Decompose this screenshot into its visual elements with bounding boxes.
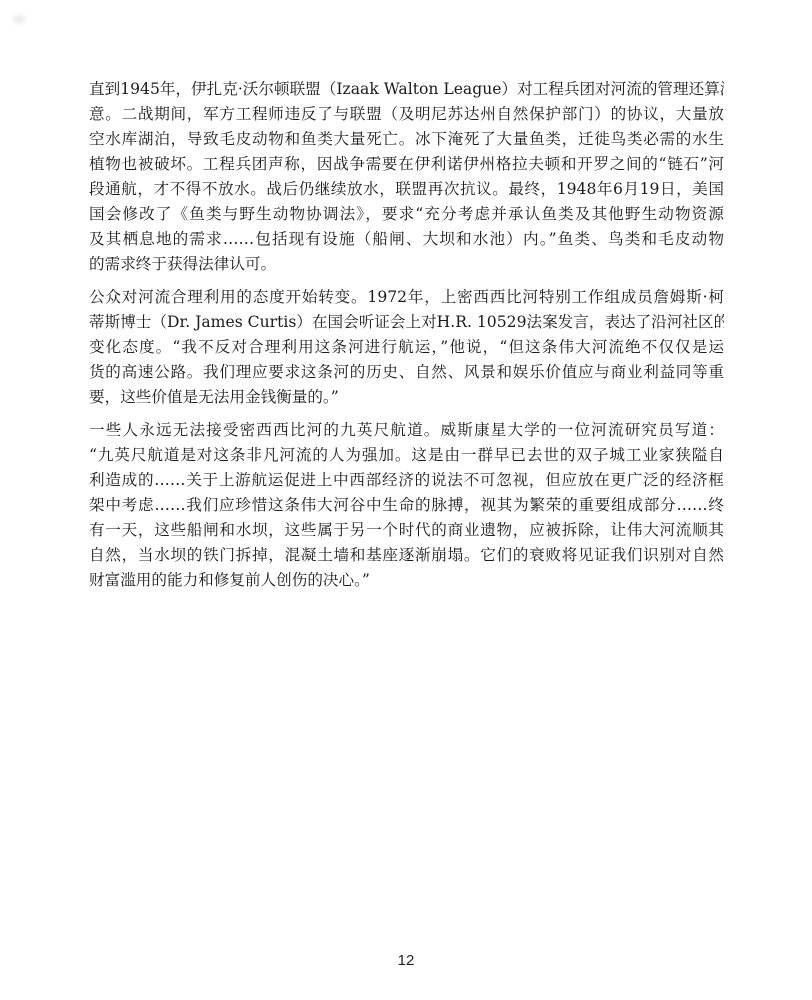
text-line: 国会修改了《鱼类与野生动物协调法》，要求“充分考虑并承认鱼类及其他野生动物资源 (89, 202, 724, 227)
text-line: 段通航，才不得不放水。战后仍继续放水，联盟再次抗议。最终，1948年6月19日，… (89, 177, 724, 202)
text-line: 变化态度。“我不反对合理利用这条河进行航运，”他说，“但这条伟大河流绝不仅仅是运 (89, 335, 724, 360)
document-page: 直到1945年，伊扎克·沃尔顿联盟（Izaak Walton League）对工… (0, 0, 812, 1000)
text-line: 架中考虑……我们应珍惜这条伟大河谷中生命的脉搏，视其为繁荣的重要组成部分……终 (89, 493, 724, 518)
text-line: 及其栖息地的需求……包括现有设施（船闸、大坝和水池）内。”鱼类、鸟类和毛皮动物 (89, 227, 724, 252)
text-line: 一些人永远无法接受密西西比河的九英尺航道。威斯康星大学的一位河流研究员写道： (89, 418, 724, 443)
text-line: 自然，当水坝的铁门拆掉，混凝土墙和基座逐渐崩塌。它们的衰败将见证我们识别对自然 (89, 543, 724, 568)
text-line: 财富滥用的能力和修复前人创伤的决心。” (89, 568, 724, 593)
text-line: 公众对河流合理利用的态度开始转变。1972年，上密西西比河特别工作组成员詹姆斯·… (89, 285, 724, 310)
text-line: 货的高速公路。我们理应要求这条河的历史、自然、风景和娱乐价值应与商业利益同等重 (89, 360, 724, 385)
body-text-block: 直到1945年，伊扎克·沃尔顿联盟（Izaak Walton League）对工… (89, 77, 724, 601)
paragraph-2: 公众对河流合理利用的态度开始转变。1972年，上密西西比河特别工作组成员詹姆斯·… (89, 285, 724, 410)
text-line: 要，这些价值是无法用金钱衡量的。” (89, 385, 724, 410)
text-line: 有一天，这些船闸和水坝，这些属于另一个时代的商业遗物，应被拆除，让伟大河流顺其 (89, 518, 724, 543)
text-line: 直到1945年，伊扎克·沃尔顿联盟（Izaak Walton League）对工… (89, 77, 724, 102)
text-line: 的需求终于获得法律认可。 (89, 252, 724, 277)
text-line: 利造成的……关于上游航运促进上中西部经济的说法不可忽视，但应放在更广泛的经济框 (89, 468, 724, 493)
text-line: 意。二战期间，军方工程师违反了与联盟（及明尼苏达州自然保护部门）的协议，大量放 (89, 102, 724, 127)
paragraph-1: 直到1945年，伊扎克·沃尔顿联盟（Izaak Walton League）对工… (89, 77, 724, 277)
text-line: 植物也被破坏。工程兵团声称，因战争需要在伊利诺伊州格拉夫顿和开罗之间的“链石”河 (89, 152, 724, 177)
text-line: 空水库湖泊，导致毛皮动物和鱼类大量死亡。冰下淹死了大量鱼类，迁徙鸟类必需的水生 (89, 127, 724, 152)
scan-smudge-artifact (13, 15, 25, 23)
text-line: “九英尺航道是对这条非凡河流的人为强加。这是由一群早已去世的双子城工业家狭隘自 (89, 443, 724, 468)
paragraph-3: 一些人永远无法接受密西西比河的九英尺航道。威斯康星大学的一位河流研究员写道： “… (89, 418, 724, 593)
text-line: 蒂斯博士（Dr. James Curtis）在国会听证会上对H.R. 10529… (89, 310, 724, 335)
page-number: 12 (0, 951, 812, 971)
